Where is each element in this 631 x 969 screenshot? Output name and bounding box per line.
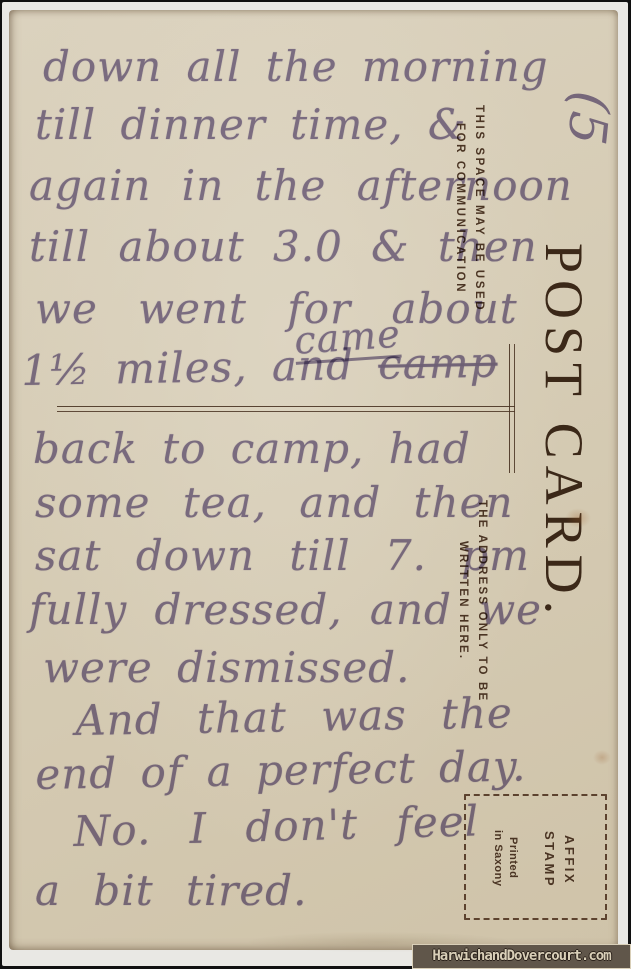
postcard-back: THIS SPACE MAY BE USED FOR COMMUNICATION… <box>9 10 618 950</box>
message-line: some tea, and then <box>35 482 514 524</box>
message-line: back to camp, had <box>33 428 471 470</box>
message-line: a bit tired. <box>35 870 307 912</box>
message-line: down all the morning <box>43 46 549 88</box>
printed-in-saxony-line-2: in Saxony <box>490 817 505 899</box>
affix-stamp-label: AFFIX STAMP <box>539 828 579 892</box>
message-line: 1½ miles, and camp <box>21 342 498 392</box>
inserted-word: came <box>293 315 402 365</box>
page-number-annotation: (5 <box>555 88 620 147</box>
message-line: And that was the <box>75 692 513 742</box>
message-line: sat down till 7. pm <box>35 535 530 577</box>
postcard-scan: THIS SPACE MAY BE USED FOR COMMUNICATION… <box>0 0 631 969</box>
stamp-box: AFFIX STAMP Printed in Saxony <box>464 794 607 920</box>
message-line: till about 3.0 & then <box>29 226 538 268</box>
paper-stain <box>565 508 591 528</box>
affix-stamp-line-2: STAMP <box>539 828 559 892</box>
message-line: end of a perfect day. <box>35 745 527 796</box>
paper-stain <box>593 750 611 765</box>
message-line: were dismissed. <box>43 647 410 689</box>
message-line: again in the afternoon <box>29 165 573 207</box>
message-line: No. I don't feel <box>73 800 480 853</box>
printed-in-saxony-label: Printed in Saxony <box>490 817 520 899</box>
message-line: till dinner time, & <box>35 104 466 146</box>
divider-line-vertical <box>509 344 515 473</box>
watermark: HarwichandDovercourt.com <box>412 944 631 969</box>
printed-in-saxony-line-1: Printed <box>505 817 520 899</box>
message-line: we went for about <box>35 288 518 330</box>
message-line: fully dressed, and we <box>29 589 542 631</box>
affix-stamp-line-1: AFFIX <box>559 828 579 892</box>
divider-line-horizontal <box>57 406 515 412</box>
